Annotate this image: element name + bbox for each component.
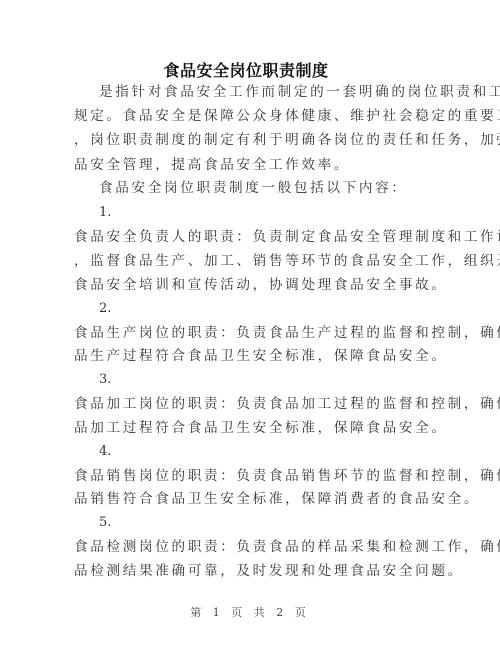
item-number: 2. <box>99 301 111 316</box>
document-title: 食品安全岗位职责制度 <box>74 58 418 81</box>
page-footer: 第 1 页 共 2 页 <box>0 604 500 620</box>
item-line: 食品销售岗位的职责：负责食品销售环节的监督和控制，确保食 <box>74 468 418 484</box>
intro-line: 是指针对食品安全工作而制定的一套明确的岗位职责和工作 <box>99 84 443 100</box>
intro-line: 规定。食品安全是保障公众身体健康、维护社会稳定的重要工作 <box>74 108 418 124</box>
item-number: 4. <box>99 444 111 459</box>
item-number: 1. <box>99 205 111 220</box>
item-line: 食品安全培训和宣传活动，协调处理食品安全事故。 <box>74 277 418 293</box>
intro-line: ，岗位职责制度的制定有利于明确各岗位的责任和任务，加强食 <box>74 132 418 148</box>
item-line: 品检测结果准确可靠，及时发现和处理食品安全问题。 <box>74 563 418 579</box>
item-line: 食品检测岗位的职责：负责食品的样品采集和检测工作，确保食 <box>74 539 418 555</box>
item-number: 5. <box>99 515 111 530</box>
item-line: 品销售符合食品卫生安全标准，保障消费者的食品安全。 <box>74 491 418 507</box>
item-line: 食品加工岗位的职责：负责食品加工过程的监督和控制，确保食 <box>74 396 418 412</box>
item-line: 食品生产岗位的职责：负责食品生产过程的监督和控制，确保食 <box>74 325 418 341</box>
intro-line: 品安全管理，提高食品安全工作效率。 <box>74 157 418 173</box>
item-line: 食品安全负责人的职责：负责制定食品安全管理制度和工作计划 <box>74 229 418 245</box>
item-line: 品加工过程符合食品卫生安全标准，保障食品安全。 <box>74 420 418 436</box>
item-number: 3. <box>99 372 111 387</box>
item-line: ，监督食品生产、加工、销售等环节的食品安全工作，组织开展 <box>74 253 418 269</box>
lead-in-text: 食品安全岗位职责制度一般包括以下内容： <box>99 180 443 196</box>
item-line: 品生产过程符合食品卫生安全标准，保障食品安全。 <box>74 348 418 364</box>
